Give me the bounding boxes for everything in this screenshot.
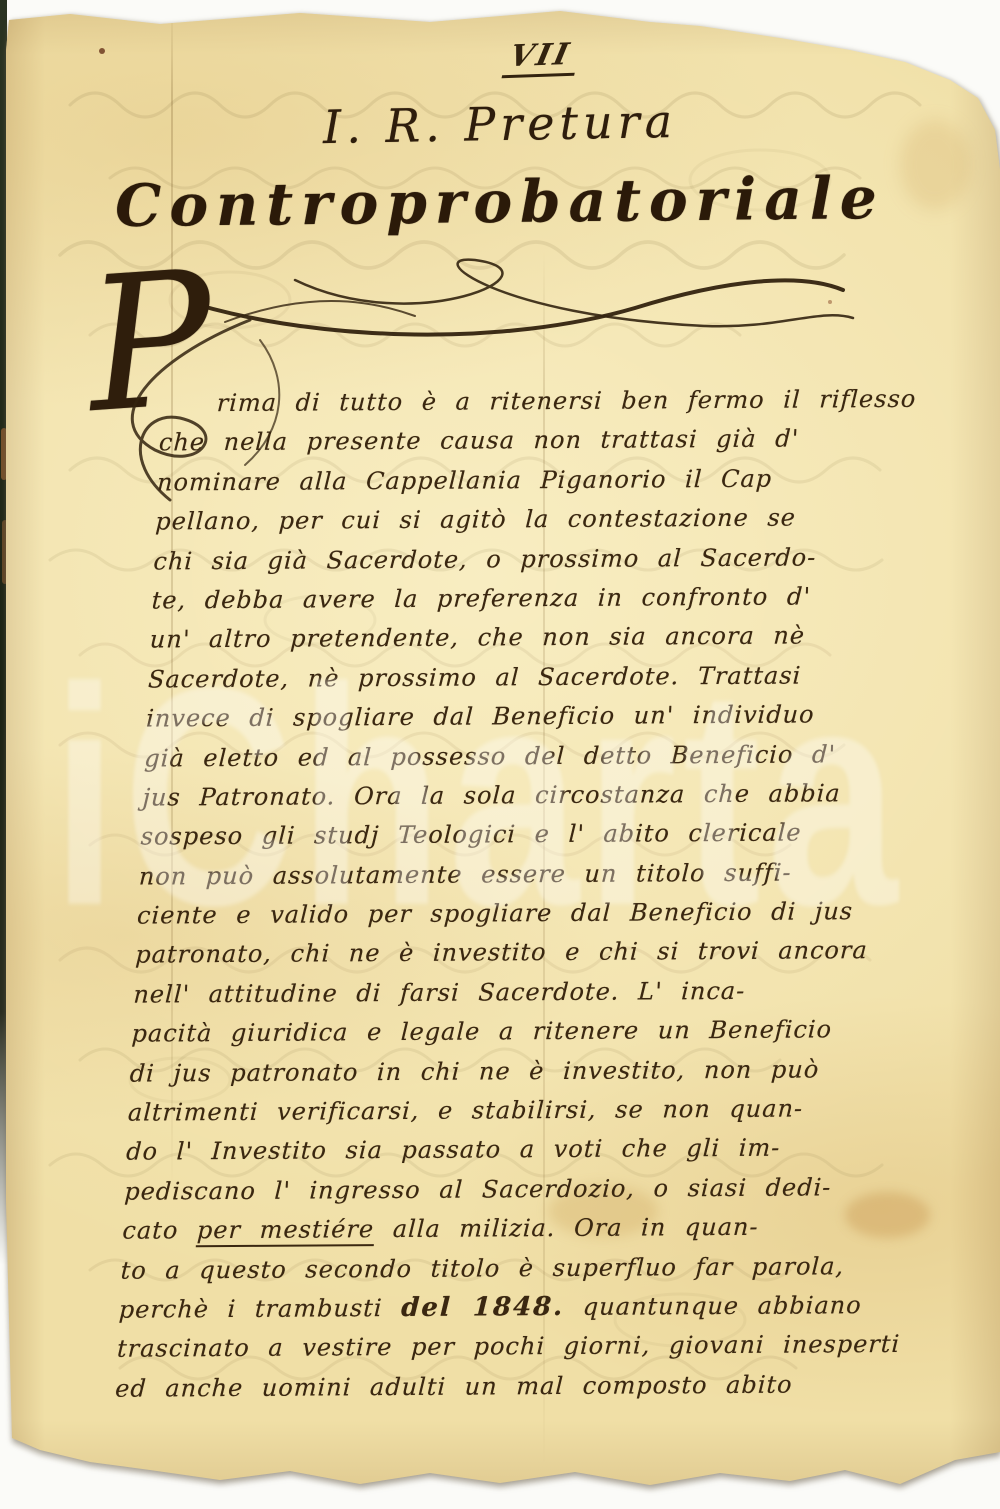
- line-segment: cato: [122, 1216, 198, 1244]
- manuscript-line: sospeso gli studj Teologici e l' abito c…: [140, 813, 982, 858]
- manuscript-line: Sacerdote, nè prossimo al Sacerdote. Tra…: [147, 655, 989, 700]
- manuscript-line: non può assolutamente essere un titolo s…: [138, 852, 980, 897]
- ink-spot: [99, 48, 105, 54]
- bold-date-phrase: del 1848.: [401, 1292, 565, 1323]
- manuscript-line: già eletto ed al possesso del detto Bene…: [143, 734, 985, 779]
- manuscript-line: ciente e valido per spogliare dal Benefi…: [136, 892, 978, 937]
- manuscript-line: do l' Investito sia passato a voti che g…: [125, 1128, 967, 1173]
- manuscript-line: chi sia già Sacerdote, o prossimo al Sac…: [153, 537, 995, 582]
- ink-spot: [828, 300, 832, 304]
- line-segment: quantunque abbiano: [564, 1291, 863, 1321]
- manuscript-line-1848: perchè i trambusti del 1848. quantunque …: [118, 1286, 960, 1331]
- manuscript-line: altrimenti verificarsi, e stabilirsi, se…: [127, 1089, 969, 1134]
- document-title: Controprobatoriale: [0, 163, 1000, 241]
- manuscript-line: pediscano l' ingresso al Sacerdozio, o s…: [123, 1167, 965, 1212]
- manuscript-line: nell' attitudine di farsi Sacerdote. L' …: [133, 970, 975, 1015]
- manuscript-line: rima di tutto è a ritenersi ben fermo il…: [216, 379, 1000, 423]
- manuscript-line: patronato, chi ne è investito e chi si t…: [134, 931, 976, 976]
- manuscript-sheet: VII I. R. Pretura Controprobatoriale P r…: [0, 0, 1000, 1509]
- title-flourish: [165, 242, 865, 352]
- manuscript-line: pacità giuridica e legale a ritenere un …: [131, 1010, 973, 1055]
- manuscript-line: jus Patronato. Ora la sola circostanza c…: [142, 773, 984, 818]
- underlined-phrase: per mestiére: [196, 1215, 375, 1247]
- document-header: I. R. Pretura: [0, 88, 1000, 159]
- manuscript-body: rima di tutto è a ritenersi ben fermo il…: [114, 379, 1000, 1409]
- manuscript-line: invece di spogliare dal Beneficio un' in…: [145, 695, 987, 740]
- manuscript-line: un' altro pretendente, che non sia ancor…: [149, 616, 991, 661]
- manuscript-line: to a questo secondo titolo è superfluo f…: [120, 1246, 962, 1291]
- manuscript-line: pellano, per cui si agitò la contestazio…: [154, 497, 996, 542]
- manuscript-line: di jus patronato in chi ne è investito, …: [129, 1049, 971, 1094]
- page-number: VII: [502, 37, 583, 79]
- manuscript-line-mestiere: cato per mestiére alla milizia. Ora in q…: [122, 1207, 964, 1252]
- manuscript-sheet-wrap: VII I. R. Pretura Controprobatoriale P r…: [0, 0, 1000, 1509]
- manuscript-line: trascinato a vestire per pochi giorni, g…: [116, 1325, 958, 1370]
- manuscript-line: te, debba avere la preferenza in confron…: [151, 576, 993, 621]
- manuscript-line: nominare alla Cappellania Piganorio il C…: [156, 458, 998, 503]
- line-segment: perchè i trambusti: [118, 1294, 402, 1324]
- manuscript-line: ed anche uomini adulti un mal composto a…: [114, 1364, 956, 1409]
- line-segment: alla milizia. Ora in quan-: [374, 1213, 760, 1243]
- manuscript-line: che nella presente causa non trattasi gi…: [158, 419, 1000, 464]
